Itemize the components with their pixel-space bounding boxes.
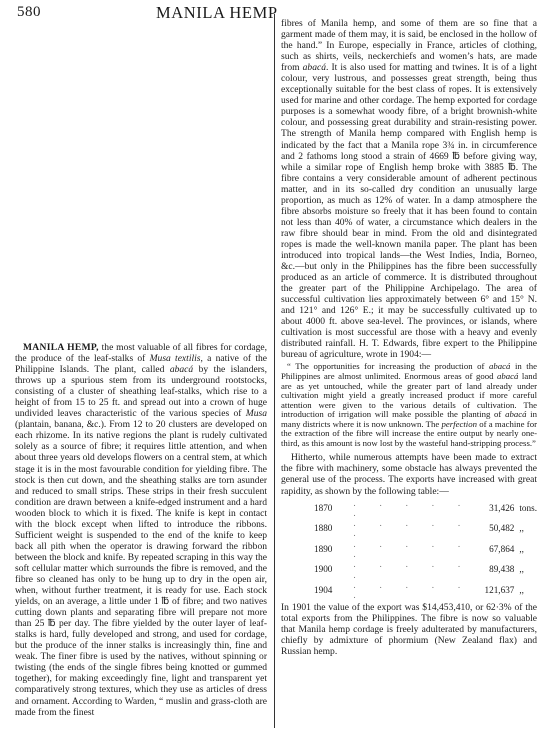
table-row: 1890. . . . . .67,864,, — [314, 539, 537, 560]
table-row: 1900. . . . . .89,438,, — [314, 559, 537, 580]
right-column: fibres of Manila hemp, and some of them … — [281, 18, 537, 657]
table-row: 1904. . . . . .121,637,, — [314, 580, 537, 601]
table-row: 1880. . . . . .50,482,, — [314, 518, 537, 539]
exports-table: 1870. . . . . .31,426tons. 1880. . . . .… — [314, 498, 537, 601]
article-paragraph: MANILA HEMP, the most valuable of all fi… — [15, 342, 267, 718]
page-number: 580 — [17, 4, 41, 21]
column-rule — [274, 14, 275, 728]
block-quote: “ The opportunities for increasing the p… — [281, 362, 537, 448]
entry-term: MANILA HEMP, — [23, 342, 99, 353]
left-column: MANILA HEMP, the most valuable of all fi… — [15, 342, 267, 718]
running-head: MANILA HEMP — [156, 3, 278, 23]
article-paragraph: Hitherto, while numerous attempts have b… — [281, 452, 537, 496]
table-row: 1870. . . . . .31,426tons. — [314, 498, 537, 519]
article-paragraph-continued: fibres of Manila hemp, and some of them … — [281, 18, 537, 360]
article-paragraph: In 1901 the value of the export was $14,… — [281, 602, 537, 657]
species-name: Musa textilis — [150, 353, 201, 364]
